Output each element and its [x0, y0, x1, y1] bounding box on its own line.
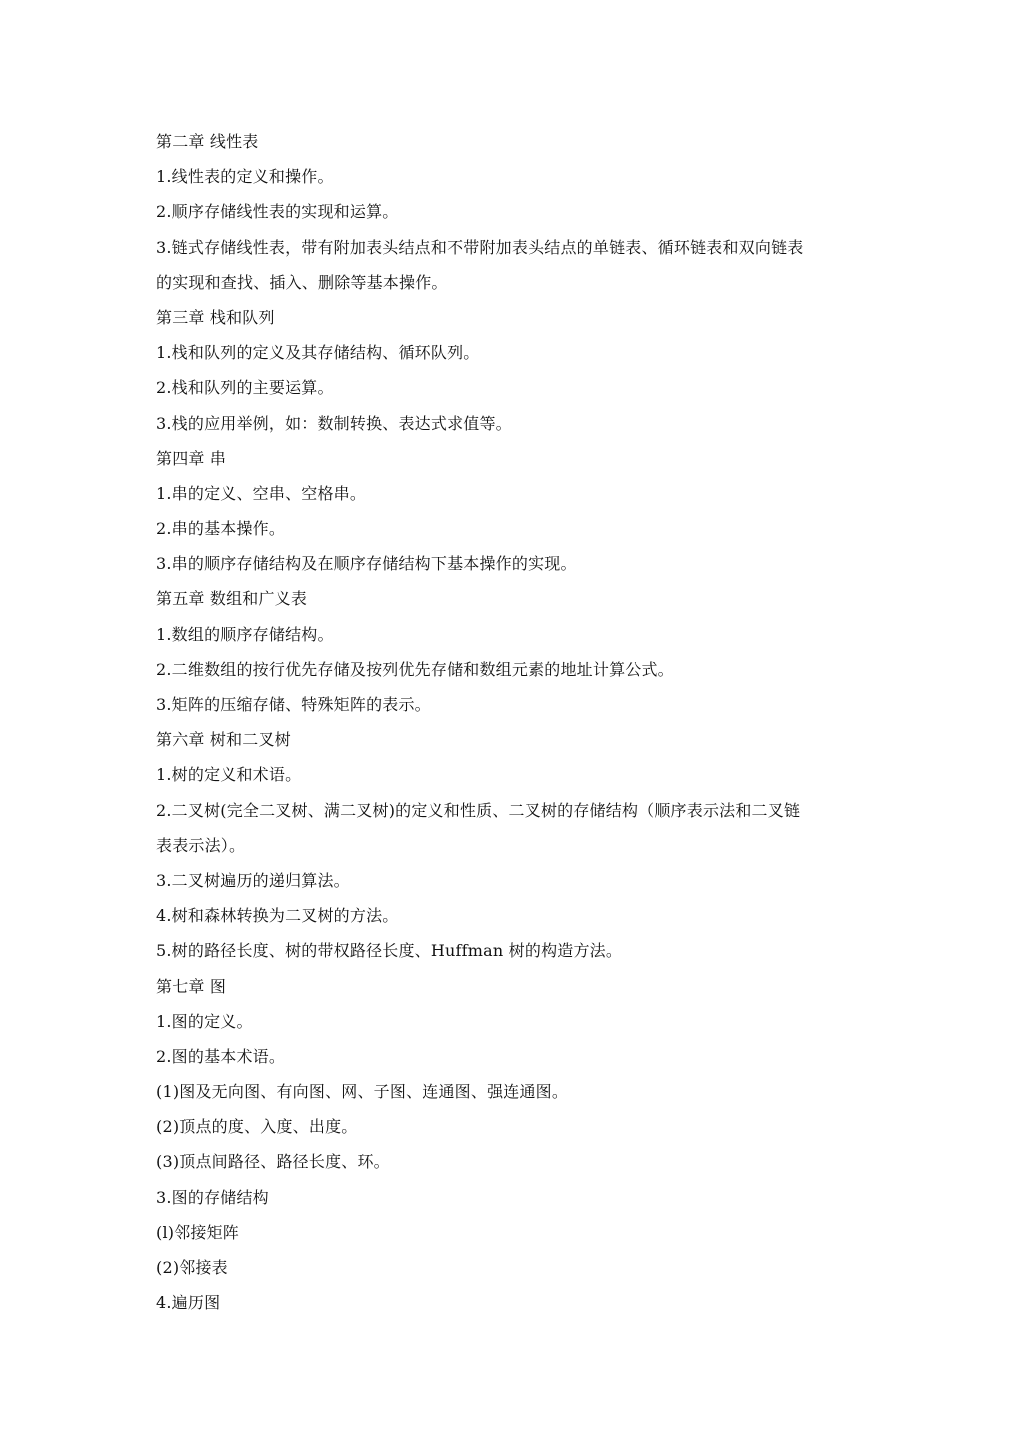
- chapter-4-heading: 第四章 串: [156, 441, 876, 476]
- sub-list-item: (1)图及无向图、有向图、网、子图、连通图、强连通图。: [156, 1074, 876, 1109]
- sub-list-item: (2)邻接表: [156, 1250, 876, 1285]
- list-item: 2.串的基本操作。: [156, 511, 876, 546]
- list-item: 2.二叉树(完全二叉树、满二叉树)的定义和性质、二叉树的存储结构（顺序表示法和二…: [156, 793, 876, 828]
- list-item: 3.矩阵的压缩存储、特殊矩阵的表示。: [156, 687, 876, 722]
- list-item: 3.图的存储结构: [156, 1180, 876, 1215]
- chapter-5-heading: 第五章 数组和广义表: [156, 581, 876, 616]
- chapter-2-heading: 第二章 线性表: [156, 124, 876, 159]
- chapter-7-heading: 第七章 图: [156, 969, 876, 1004]
- list-item: 1.串的定义、空串、空格串。: [156, 476, 876, 511]
- list-item-continuation: 的实现和查找、插入、删除等基本操作。: [156, 265, 876, 300]
- list-item: 1.栈和队列的定义及其存储结构、循环队列。: [156, 335, 876, 370]
- list-item-continuation: 表表示法）。: [156, 828, 876, 863]
- chapter-6-heading: 第六章 树和二叉树: [156, 722, 876, 757]
- list-item: 3.串的顺序存储结构及在顺序存储结构下基本操作的实现。: [156, 546, 876, 581]
- list-item: 1.图的定义。: [156, 1004, 876, 1039]
- list-item: 2.二维数组的按行优先存储及按列优先存储和数组元素的地址计算公式。: [156, 652, 876, 687]
- list-item: 1.树的定义和术语。: [156, 757, 876, 792]
- list-item: 3.二叉树遍历的递归算法。: [156, 863, 876, 898]
- sub-list-item: (l)邻接矩阵: [156, 1215, 876, 1250]
- sub-list-item: (3)顶点间路径、路径长度、环。: [156, 1144, 876, 1179]
- list-item: 3.栈的应用举例，如：数制转换、表达式求值等。: [156, 406, 876, 441]
- list-item: 1.数组的顺序存储结构。: [156, 617, 876, 652]
- list-item: 2.图的基本术语。: [156, 1039, 876, 1074]
- list-item: 5.树的路径长度、树的带权路径长度、Huffman 树的构造方法。: [156, 933, 876, 968]
- list-item: 1.线性表的定义和操作。: [156, 159, 876, 194]
- sub-list-item: (2)顶点的度、入度、出度。: [156, 1109, 876, 1144]
- list-item: 4.遍历图: [156, 1285, 876, 1320]
- list-item: 2.顺序存储线性表的实现和运算。: [156, 194, 876, 229]
- chapter-3-heading: 第三章 栈和队列: [156, 300, 876, 335]
- list-item: 2.栈和队列的主要运算。: [156, 370, 876, 405]
- list-item: 3.链式存储线性表，带有附加表头结点和不带附加表头结点的单链表、循环链表和双向链…: [156, 230, 876, 265]
- document-page: 第二章 线性表 1.线性表的定义和操作。 2.顺序存储线性表的实现和运算。 3.…: [156, 124, 876, 1320]
- list-item: 4.树和森林转换为二叉树的方法。: [156, 898, 876, 933]
